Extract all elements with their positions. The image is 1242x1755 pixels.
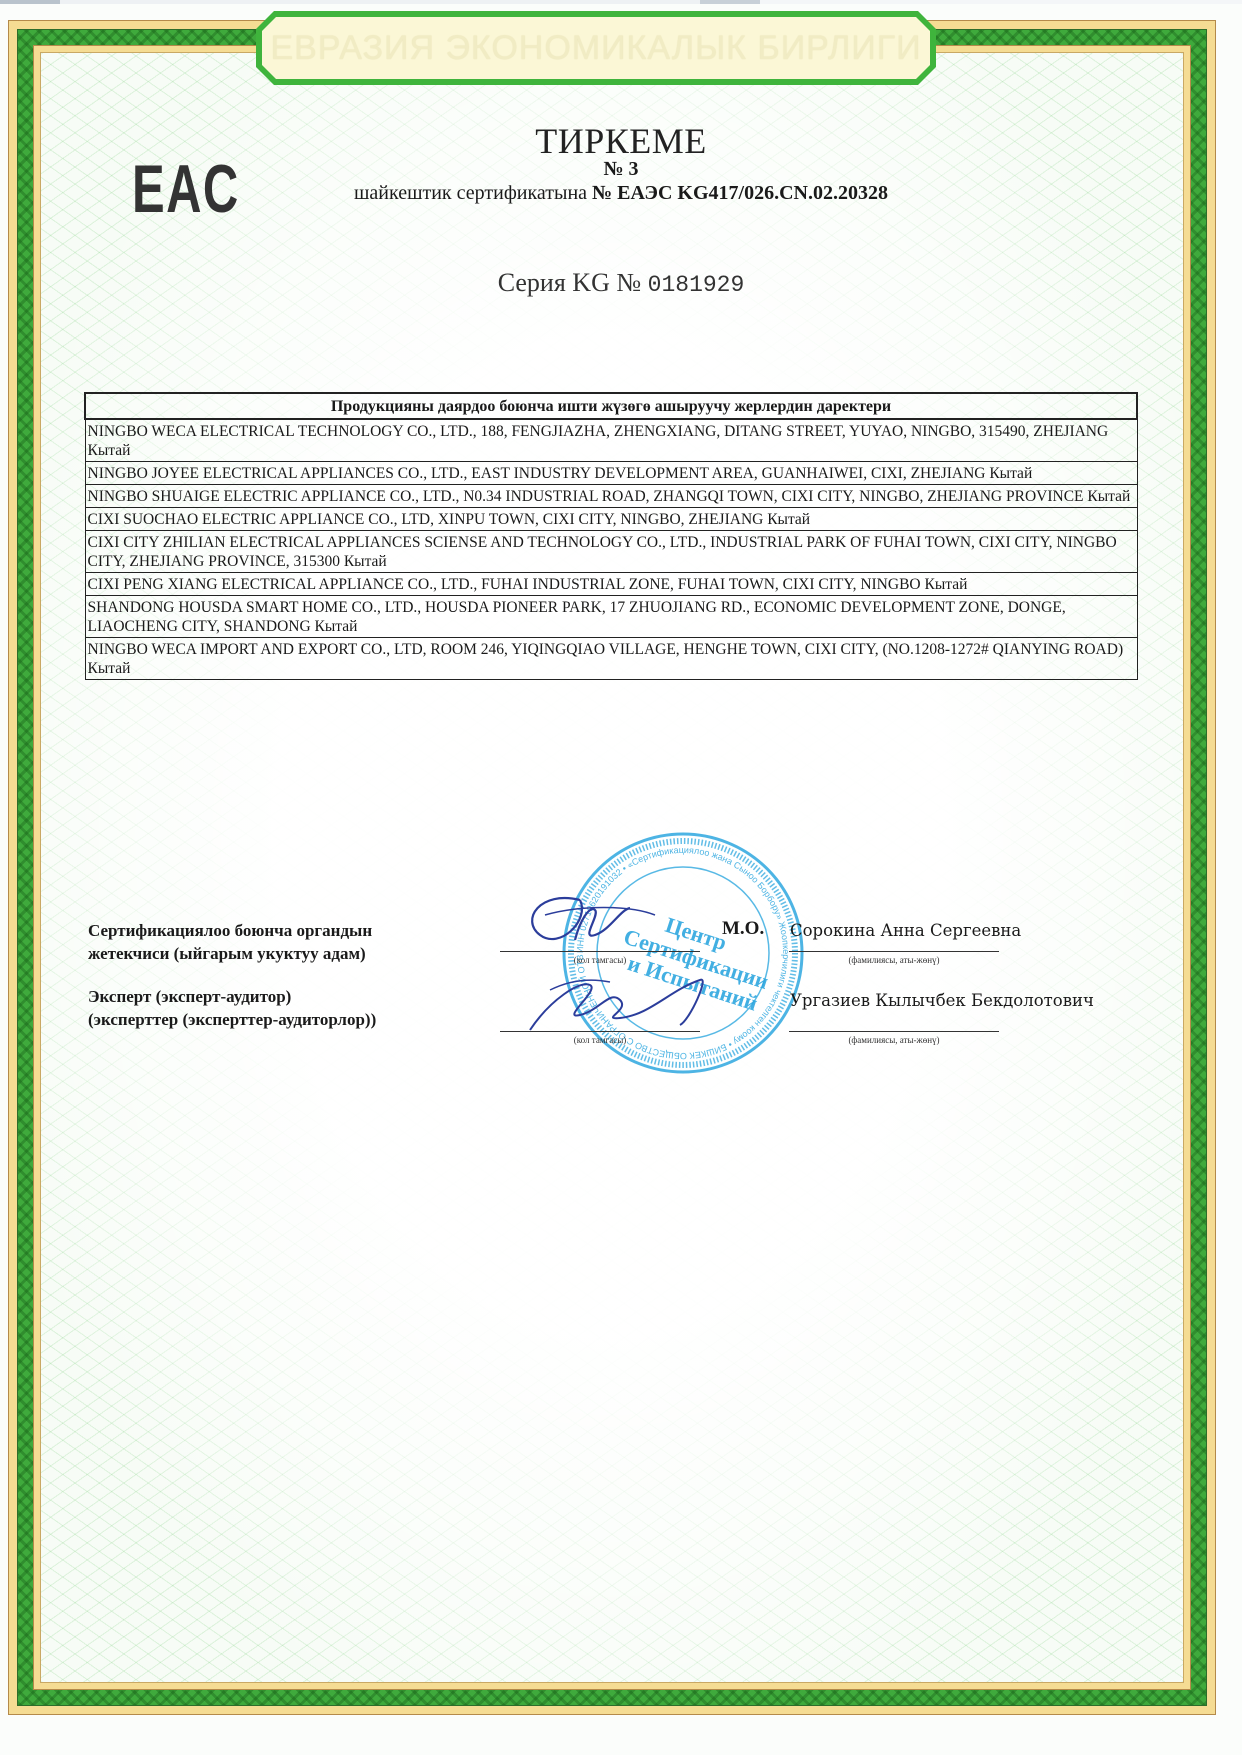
site-address: CIXI SUOCHAO ELECTRIC APPLIANCE CO., LTD… (85, 508, 1137, 531)
expert-role-label: Эксперт (эксперт-аудитор) (эксперттер (э… (88, 985, 376, 1031)
table-header: Продукцияны даярдоо боюнча ишти жүзөгө а… (85, 393, 1137, 419)
series-number: 0181929 (648, 272, 745, 298)
table-row: CIXI CITY ZHILIAN ELECTRICAL APPLIANCES … (85, 531, 1137, 573)
expert-signature-line (500, 1031, 700, 1032)
table-row: NINGBO WECA IMPORT AND EXPORT CO., LTD, … (85, 638, 1137, 680)
head-signature-icon (520, 880, 660, 960)
series-line: Серия KG № 0181929 (0, 268, 1242, 298)
site-address: NINGBO WECA ELECTRICAL TECHNOLOGY CO., L… (85, 419, 1137, 462)
expert-signature-icon (520, 960, 750, 1040)
head-role-line2: жетекчиси (ыйгарым укуктуу адам) (88, 942, 372, 965)
site-address: SHANDONG HOUSDA SMART HOME CO., LTD., HO… (85, 596, 1137, 638)
head-full-name: Сорокина Анна Сергеевна (790, 921, 1021, 940)
table-row: CIXI SUOCHAO ELECTRIC APPLIANCE CO., LTD… (85, 508, 1137, 531)
banner-text: ЕВРАЗИЯ ЭКОНОМИКАЛЫК БИРЛИГИ (270, 29, 921, 68)
manufacturing-sites-table: Продукцияны даярдоо боюнча ишти жүзөгө а… (84, 392, 1138, 680)
site-address: NINGBO JOYEE ELECTRICAL APPLIANCES CO., … (85, 462, 1137, 485)
appendix-number: № 3 (0, 158, 1242, 181)
certificate-number: № ЕАЭС KG417/026.CN.02.20328 (592, 182, 888, 204)
head-name-caption: (фамилиясы, аты-жөнү) (789, 955, 999, 965)
site-address: CIXI CITY ZHILIAN ELECTRICAL APPLIANCES … (85, 531, 1137, 573)
seal-mark-label: М.О. (722, 918, 764, 940)
table-row: SHANDONG HOUSDA SMART HOME CO., LTD., HO… (85, 596, 1137, 638)
site-address: NINGBO WECA IMPORT AND EXPORT CO., LTD, … (85, 638, 1137, 680)
head-signature-caption: (кол тамгасы) (500, 955, 700, 965)
table-row: NINGBO SHUAIGE ELECTRIC APPLIANCE CO., L… (85, 485, 1137, 508)
document-title: ТИРКЕМЕ (0, 120, 1242, 162)
head-name-line (789, 951, 999, 952)
series-label: Серия KG № (498, 268, 641, 297)
table-row: CIXI PENG XIANG ELECTRICAL APPLIANCE CO.… (85, 573, 1137, 596)
expert-signature-caption: (кол тамгасы) (500, 1035, 700, 1045)
expert-role-line1: Эксперт (эксперт-аудитор) (88, 985, 376, 1008)
expert-name-caption: (фамилиясы, аты-жөнү) (789, 1035, 999, 1045)
title-banner: ЕВРАЗИЯ ЭКОНОМИКАЛЫК БИРЛИГИ (262, 17, 930, 79)
head-signature-line (500, 951, 700, 952)
certificate-reference: шайкештик сертификатына № ЕАЭС KG417/026… (0, 182, 1242, 205)
scan-edge (0, 0, 1242, 4)
table-row: NINGBO WECA ELECTRICAL TECHNOLOGY CO., L… (85, 419, 1137, 462)
site-address: NINGBO SHUAIGE ELECTRIC APPLIANCE CO., L… (85, 485, 1137, 508)
expert-full-name: Ургазиев Кылычбек Бекдолотович (790, 991, 1094, 1010)
head-role-label: Сертификациялоо боюнча органдын жетекчис… (88, 919, 372, 965)
site-address: CIXI PENG XIANG ELECTRICAL APPLIANCE CO.… (85, 573, 1137, 596)
expert-role-line2: (эксперттер (эксперттер-аудиторлор)) (88, 1008, 376, 1031)
table-row: NINGBO JOYEE ELECTRICAL APPLIANCES CO., … (85, 462, 1137, 485)
head-role-line1: Сертификациялоо боюнча органдын (88, 919, 372, 942)
certificate-prefix: шайкештик сертификатына (354, 182, 592, 204)
expert-name-line (789, 1031, 999, 1032)
